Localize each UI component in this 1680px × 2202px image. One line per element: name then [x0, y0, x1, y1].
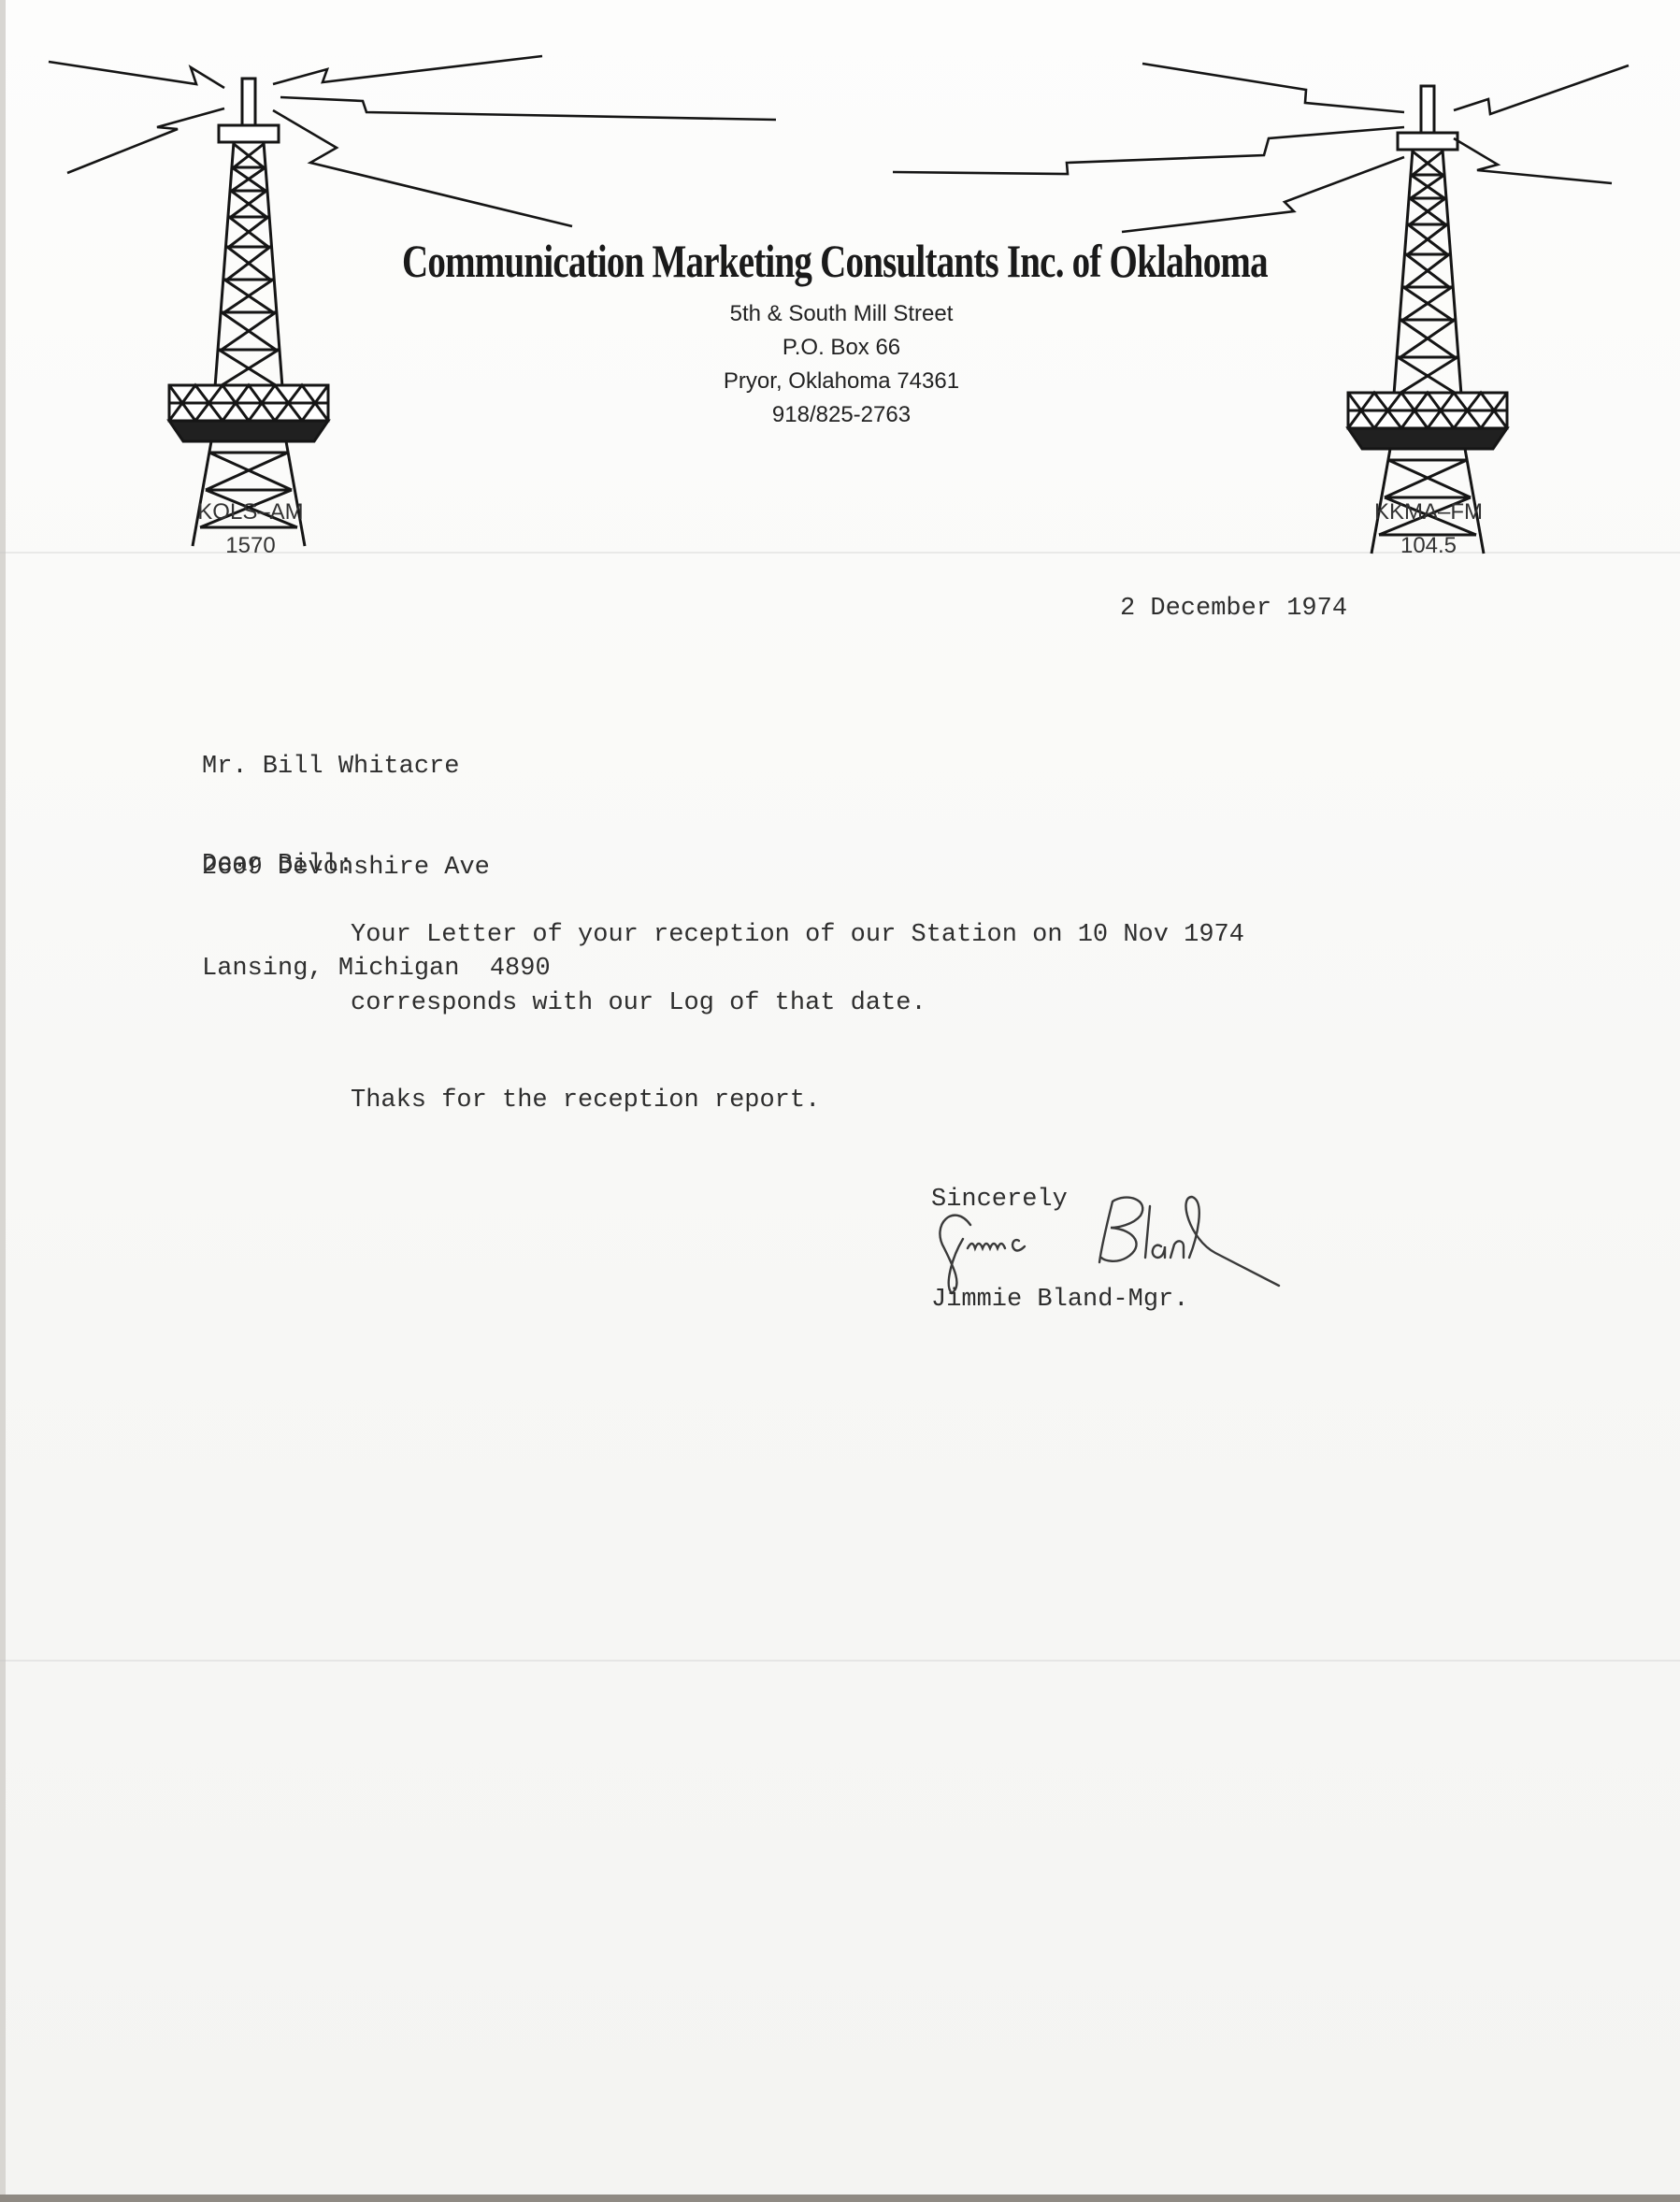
station-right: KKMA–FM 104.5 [1335, 496, 1522, 563]
station-call-sign: KOLS–AM [157, 496, 344, 529]
address-line: Pryor, Oklahoma 74361 [561, 365, 1122, 398]
recipient-name: Mr. Bill Whitacre [202, 750, 551, 784]
station-left: KOLS–AM 1570 [157, 496, 344, 563]
body-paragraph: Thaks for the reception report. [351, 1087, 820, 1115]
letter-date: 2 December 1974 [1120, 595, 1347, 623]
company-address: 5th & South Mill Street P.O. Box 66 Pryo… [561, 297, 1122, 432]
station-call-sign: KKMA–FM [1335, 496, 1522, 529]
station-frequency: 104.5 [1335, 529, 1522, 563]
handwritten-signature [926, 1183, 1299, 1295]
phone-number: 918/825-2763 [561, 398, 1122, 432]
company-name: Communication Marketing Consultants Inc.… [402, 234, 1087, 288]
body-paragraph: corresponds with our Log of that date. [351, 989, 926, 1017]
signer-name: Jimmie Bland-Mgr. [931, 1286, 1188, 1314]
page-edge [0, 2195, 1680, 2202]
salutation: Dear Bill: [202, 851, 353, 879]
address-line: P.O. Box 66 [561, 331, 1122, 365]
body-paragraph: Your Letter of your reception of our Sta… [351, 921, 1244, 949]
address-line: 5th & South Mill Street [561, 297, 1122, 331]
station-frequency: 1570 [157, 529, 344, 563]
recipient-city: Lansing, Michigan 4890 [202, 952, 551, 986]
